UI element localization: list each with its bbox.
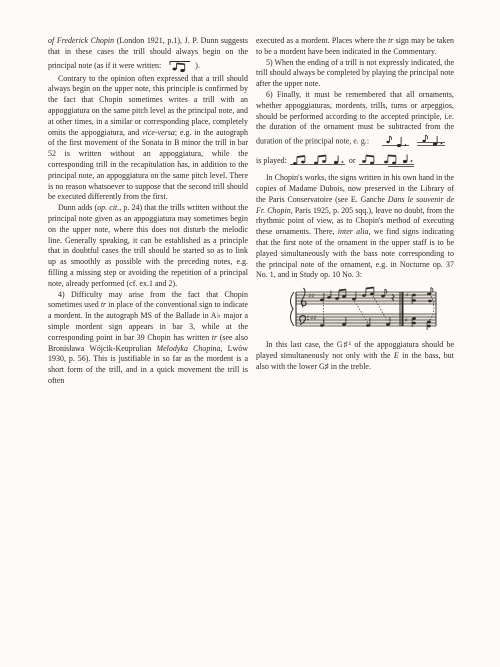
book-page: of Frederick Chopin (London 1921, p.1), … bbox=[0, 0, 500, 667]
text-run: ; e.g. in the autograph of the first mov… bbox=[48, 128, 248, 202]
para-chopins-works: In Chopin's works, the signs written in … bbox=[256, 173, 454, 281]
duration-example-notation bbox=[371, 133, 447, 150]
left-column: of Frederick Chopin (London 1921, p.1), … bbox=[48, 36, 248, 387]
para-executed-as-mordent: executed as a mordent. Places where the … bbox=[256, 36, 454, 58]
text-run: is played: bbox=[256, 156, 289, 165]
right-column: executed as a mordent. Places where the … bbox=[256, 36, 454, 373]
text-run: , p. 24) that the trills written without… bbox=[48, 203, 248, 288]
svg-text:♯♯: ♯♯ bbox=[310, 314, 316, 322]
grand-staff-svg: ♯♯ ♯♯ bbox=[288, 285, 440, 335]
text-run: executed as a mordent. Places where the bbox=[256, 36, 388, 45]
right-column-upper-text: executed as a mordent. Places where the … bbox=[256, 36, 454, 281]
para-5-trill-ending: 5) When the ending of a trill is not exp… bbox=[256, 58, 454, 90]
inline-written-example-notation bbox=[163, 58, 193, 74]
svg-text:♯: ♯ bbox=[406, 292, 409, 299]
svg-text:♯: ♯ bbox=[405, 317, 408, 324]
para-6-ornaments: 6) Finally, it must be remembered that a… bbox=[256, 90, 454, 150]
grand-staff-music-example: ♯♯ ♯♯ bbox=[288, 285, 454, 335]
text-run: Melodyka Chopina bbox=[157, 344, 221, 353]
para-dunn-adds: Dunn adds (op. cit., p. 24) that the tri… bbox=[48, 203, 248, 289]
text-run: ). bbox=[193, 60, 200, 69]
svg-text:♯♯: ♯♯ bbox=[308, 292, 314, 300]
text-run: Dunn adds ( bbox=[58, 203, 97, 212]
text-run: op. cit. bbox=[97, 203, 119, 212]
text-run: or bbox=[347, 156, 358, 165]
played-variant-2-notation bbox=[358, 153, 416, 169]
right-column-lower-text: In this last case, the G♯¹ of the appogg… bbox=[256, 340, 454, 372]
text-run: vice-versa bbox=[142, 128, 175, 137]
text-run: inter alia bbox=[338, 227, 369, 236]
played-variant-1-notation bbox=[289, 153, 347, 169]
text-run: 5) When the ending of a trill is not exp… bbox=[256, 58, 454, 89]
para-is-played: is played: or bbox=[256, 153, 454, 169]
para-contrary-opinion: Contrary to the opinion often expressed … bbox=[48, 74, 248, 204]
para-4-difficulty: 4) Difficulty may arise from the fact th… bbox=[48, 290, 248, 387]
para-last-case: In this last case, the G♯¹ of the appogg… bbox=[256, 340, 454, 372]
text-run: of Frederick Chopin bbox=[48, 36, 114, 45]
para-dunn-suggests: of Frederick Chopin (London 1921, p.1), … bbox=[48, 36, 248, 74]
